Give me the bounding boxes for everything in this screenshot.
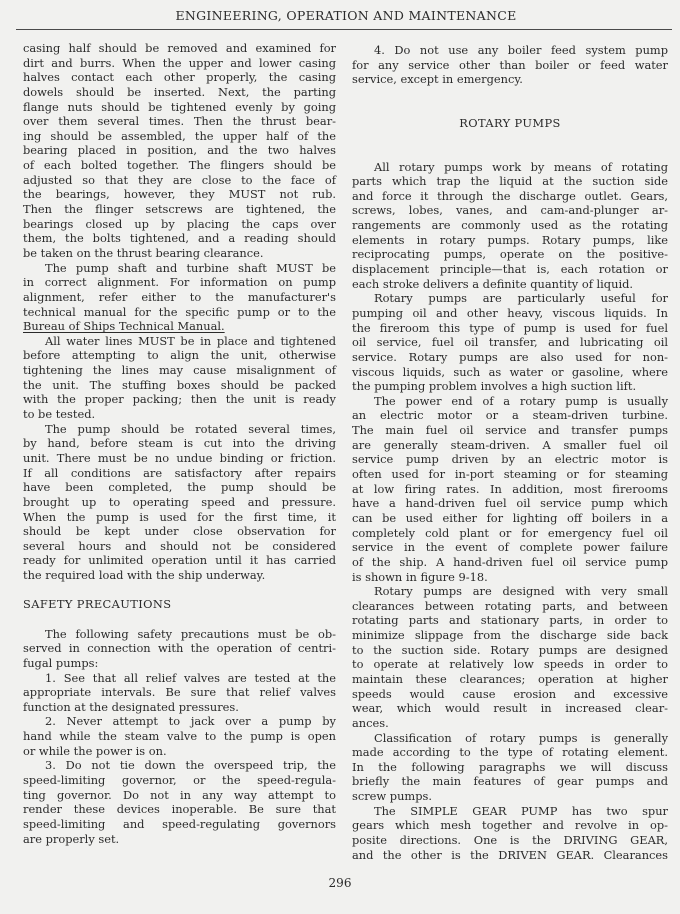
section-heading-safety: SAFETY PRECAUTIONS <box>23 597 336 612</box>
paragraph: The pump should be rotated several times… <box>23 422 336 583</box>
text-line: bearing placed in position, and the two … <box>23 143 336 158</box>
text-line: them, the bolts tightened, and a reading… <box>23 231 336 246</box>
text-line: ready for unlimited operation until it h… <box>23 553 336 568</box>
text-line: rangements are commonly used as the rota… <box>352 218 668 233</box>
text-line: oil service, fuel oil transfer, and lubr… <box>352 335 668 350</box>
paragraph: The SIMPLE GEAR PUMP has two spurgears w… <box>352 804 668 863</box>
text-line: hand while the steam valve to the pump i… <box>23 729 336 744</box>
text-line: gears which mesh together and revolve in… <box>352 818 668 833</box>
left-column: casing half should be removed and examin… <box>23 41 336 846</box>
text-line: and the other is the DRIVEN GEAR. Cleara… <box>352 848 668 863</box>
text-line: All rotary pumps work by means of rotati… <box>352 160 668 175</box>
text-line: When the pump is used for the first time… <box>23 510 336 525</box>
text-line: maintain these clearances; operation at … <box>352 672 668 687</box>
text-line: Rotary pumps are designed with very smal… <box>352 584 668 599</box>
text-line: have a hand-driven fuel oil service pump… <box>352 496 668 511</box>
text-line: viscous liquids, such as water or gasoli… <box>352 365 668 380</box>
paragraph: Rotary pumps are designed with very smal… <box>352 584 668 730</box>
text-line: of the ship. A hand-driven fuel oil serv… <box>352 555 668 570</box>
text-line: clearances between rotating parts, and b… <box>352 599 668 614</box>
text-line: before attempting to align the unit, oth… <box>23 348 336 363</box>
reference-title: Bureau of Ships Technical Manual. <box>23 319 225 333</box>
text-line: can be used either for lighting off boil… <box>352 511 668 526</box>
text-line: over them several times. Then the thrust… <box>23 114 336 129</box>
text-line: unit. There must be no undue binding or … <box>23 451 336 466</box>
text-line: fugal pumps: <box>23 656 336 671</box>
list-item: 3. Do not tie down the overspeed trip, t… <box>23 758 336 846</box>
text-line: Bureau of Ships Technical Manual. <box>23 319 336 334</box>
text-line: reciprocating pumps, operate on the posi… <box>352 247 668 262</box>
text-line: speed-limiting and speed-regulating gove… <box>23 817 336 832</box>
text-line: should be kept under close observation f… <box>23 524 336 539</box>
text-line: service, except in emergency. <box>352 72 668 87</box>
text-line: for any service other than boiler or fee… <box>352 58 668 73</box>
paragraph: Classification of rotary pumps is genera… <box>352 731 668 804</box>
spacer <box>23 612 336 627</box>
text-line: often used for in-port steaming or for s… <box>352 467 668 482</box>
spacer <box>352 131 668 160</box>
text-line: wear, which would result in increased cl… <box>352 701 668 716</box>
page-number: 296 <box>0 876 680 890</box>
text-line: The power end of a rotary pump is usuall… <box>352 394 668 409</box>
text-line: 1. See that all relief valves are tested… <box>23 671 336 686</box>
paragraph: Rotary pumps are particularly useful for… <box>352 291 668 393</box>
text-line: to be tested. <box>23 407 336 422</box>
spacer <box>352 87 668 116</box>
text-line: dowels should be inserted. Next, the par… <box>23 85 336 100</box>
text-line: to operate at relatively low speeds in o… <box>352 657 668 672</box>
text-line: ing should be assembled, the upper half … <box>23 129 336 144</box>
text-line: service. Rotary pumps are also used for … <box>352 350 668 365</box>
text-line: render these devices inoperable. Be sure… <box>23 802 336 817</box>
text-line: The main fuel oil service and transfer p… <box>352 423 668 438</box>
text-line: appropriate intervals. Be sure that reli… <box>23 685 336 700</box>
text-line: several hours and should not be consider… <box>23 539 336 554</box>
text-line: displacement principle—that is, each rot… <box>352 262 668 277</box>
paragraph: casing half should be removed and examin… <box>23 41 336 261</box>
text-line: function at the designated pressures. <box>23 700 336 715</box>
text-line: be taken on the thrust bearing clearance… <box>23 246 336 261</box>
list-item: 1. See that all relief valves are tested… <box>23 671 336 715</box>
text-line: speeds would cause erosion and excessive <box>352 687 668 702</box>
text-line: technical manual for the specific pump o… <box>23 305 336 320</box>
text-line: halves contact each other properly, the … <box>23 70 336 85</box>
text-line: screws, lobes, vanes, and cam-and-plunge… <box>352 203 668 218</box>
text-line: 2. Never attempt to jack over a pump by <box>23 714 336 729</box>
text-line: rotating parts and stationary parts, in … <box>352 613 668 628</box>
text-line: flange nuts should be tightened evenly b… <box>23 100 336 115</box>
running-header: ENGINEERING, OPERATION AND MAINTENANCE <box>20 8 672 23</box>
text-line: completely cold plant or for emergency f… <box>352 526 668 541</box>
paragraph: The following safety precautions must be… <box>23 627 336 671</box>
text-line: elements in rotary pumps. Rotary pumps, … <box>352 233 668 248</box>
list-item: 2. Never attempt to jack over a pump byh… <box>23 714 336 758</box>
text-line: screw pumps. <box>352 789 668 804</box>
text-line: of each bolted together. The flingers sh… <box>23 158 336 173</box>
text-line: Then the flinger setscrews are tightened… <box>23 202 336 217</box>
text-line: to the suction side. Rotary pumps are de… <box>352 643 668 658</box>
text-line: tightening the lines may cause misalignm… <box>23 363 336 378</box>
text-line: parts which trap the liquid at the sucti… <box>352 174 668 189</box>
text-line: ances. <box>352 716 668 731</box>
text-line: the pumping problem involves a high suct… <box>352 379 668 394</box>
text-line: The following safety precautions must be… <box>23 627 336 642</box>
section-heading-rotary-pumps: ROTARY PUMPS <box>352 116 668 131</box>
text-line: the bearings, however, they MUST not rub… <box>23 187 336 202</box>
text-line: service in the event of complete power f… <box>352 540 668 555</box>
right-column: 4. Do not use any boiler feed system pum… <box>352 43 668 862</box>
text-line: speed-limiting governor, or the speed-re… <box>23 773 336 788</box>
paragraph: The pump shaft and turbine shaft MUST be… <box>23 261 336 334</box>
text-line: the fireroom this type of pump is used f… <box>352 321 668 336</box>
text-line: adjusted so that they are close to the f… <box>23 173 336 188</box>
text-line: briefly the main features of gear pumps … <box>352 774 668 789</box>
text-line: dirt and burrs. When the upper and lower… <box>23 56 336 71</box>
text-line: ting governor. Do not in any way attempt… <box>23 788 336 803</box>
paragraph: All rotary pumps work by means of rotati… <box>352 160 668 292</box>
text-line: each stroke delivers a definite quantity… <box>352 277 668 292</box>
text-line: in correct alignment. For information on… <box>23 275 336 290</box>
text-line: If all conditions are satisfactory after… <box>23 466 336 481</box>
text-line: In the following paragraphs we will disc… <box>352 760 668 775</box>
text-line: alignment, refer either to the manufactu… <box>23 290 336 305</box>
text-line: with the proper packing; then the unit i… <box>23 392 336 407</box>
spacer <box>23 583 336 598</box>
text-line: the required load with the ship underway… <box>23 568 336 583</box>
text-line: The pump shaft and turbine shaft MUST be <box>23 261 336 276</box>
text-line: have been completed, the pump should be <box>23 480 336 495</box>
text-line: Rotary pumps are particularly useful for <box>352 291 668 306</box>
text-line: bearings closed up by placing the caps o… <box>23 217 336 232</box>
text-line: 3. Do not tie down the overspeed trip, t… <box>23 758 336 773</box>
header-rule <box>16 29 672 30</box>
text-line: All water lines MUST be in place and tig… <box>23 334 336 349</box>
text-line: is shown in figure 9-18. <box>352 570 668 585</box>
text-line: at low firing rates. In addition, most f… <box>352 482 668 497</box>
text-line: brought up to operating speed and pressu… <box>23 495 336 510</box>
list-item: 4. Do not use any boiler feed system pum… <box>352 43 668 87</box>
text-line: are properly set. <box>23 832 336 847</box>
text-line: by hand, before steam is cut into the dr… <box>23 436 336 451</box>
text-line: casing half should be removed and examin… <box>23 41 336 56</box>
text-line: The SIMPLE GEAR PUMP has two spur <box>352 804 668 819</box>
text-line: are generally steam-driven. A smaller fu… <box>352 438 668 453</box>
paragraph: The power end of a rotary pump is usuall… <box>352 394 668 584</box>
text-line: 4. Do not use any boiler feed system pum… <box>352 43 668 58</box>
text-line: The pump should be rotated several times… <box>23 422 336 437</box>
text-line: or while the power is on. <box>23 744 336 759</box>
text-line: service pump driven by an electric motor… <box>352 452 668 467</box>
paragraph: All water lines MUST be in place and tig… <box>23 334 336 422</box>
text-line: made according to the type of rotating e… <box>352 745 668 760</box>
text-line: and force it through the discharge outle… <box>352 189 668 204</box>
text-line: minimize slippage from the discharge sid… <box>352 628 668 643</box>
text-line: the unit. The stuffing boxes should be p… <box>23 378 336 393</box>
text-line: served in connection with the operation … <box>23 641 336 656</box>
text-line: pumping oil and other heavy, viscous liq… <box>352 306 668 321</box>
text-line: posite directions. One is the DRIVING GE… <box>352 833 668 848</box>
text-line: an electric motor or a steam-driven turb… <box>352 408 668 423</box>
text-line: Classification of rotary pumps is genera… <box>352 731 668 746</box>
